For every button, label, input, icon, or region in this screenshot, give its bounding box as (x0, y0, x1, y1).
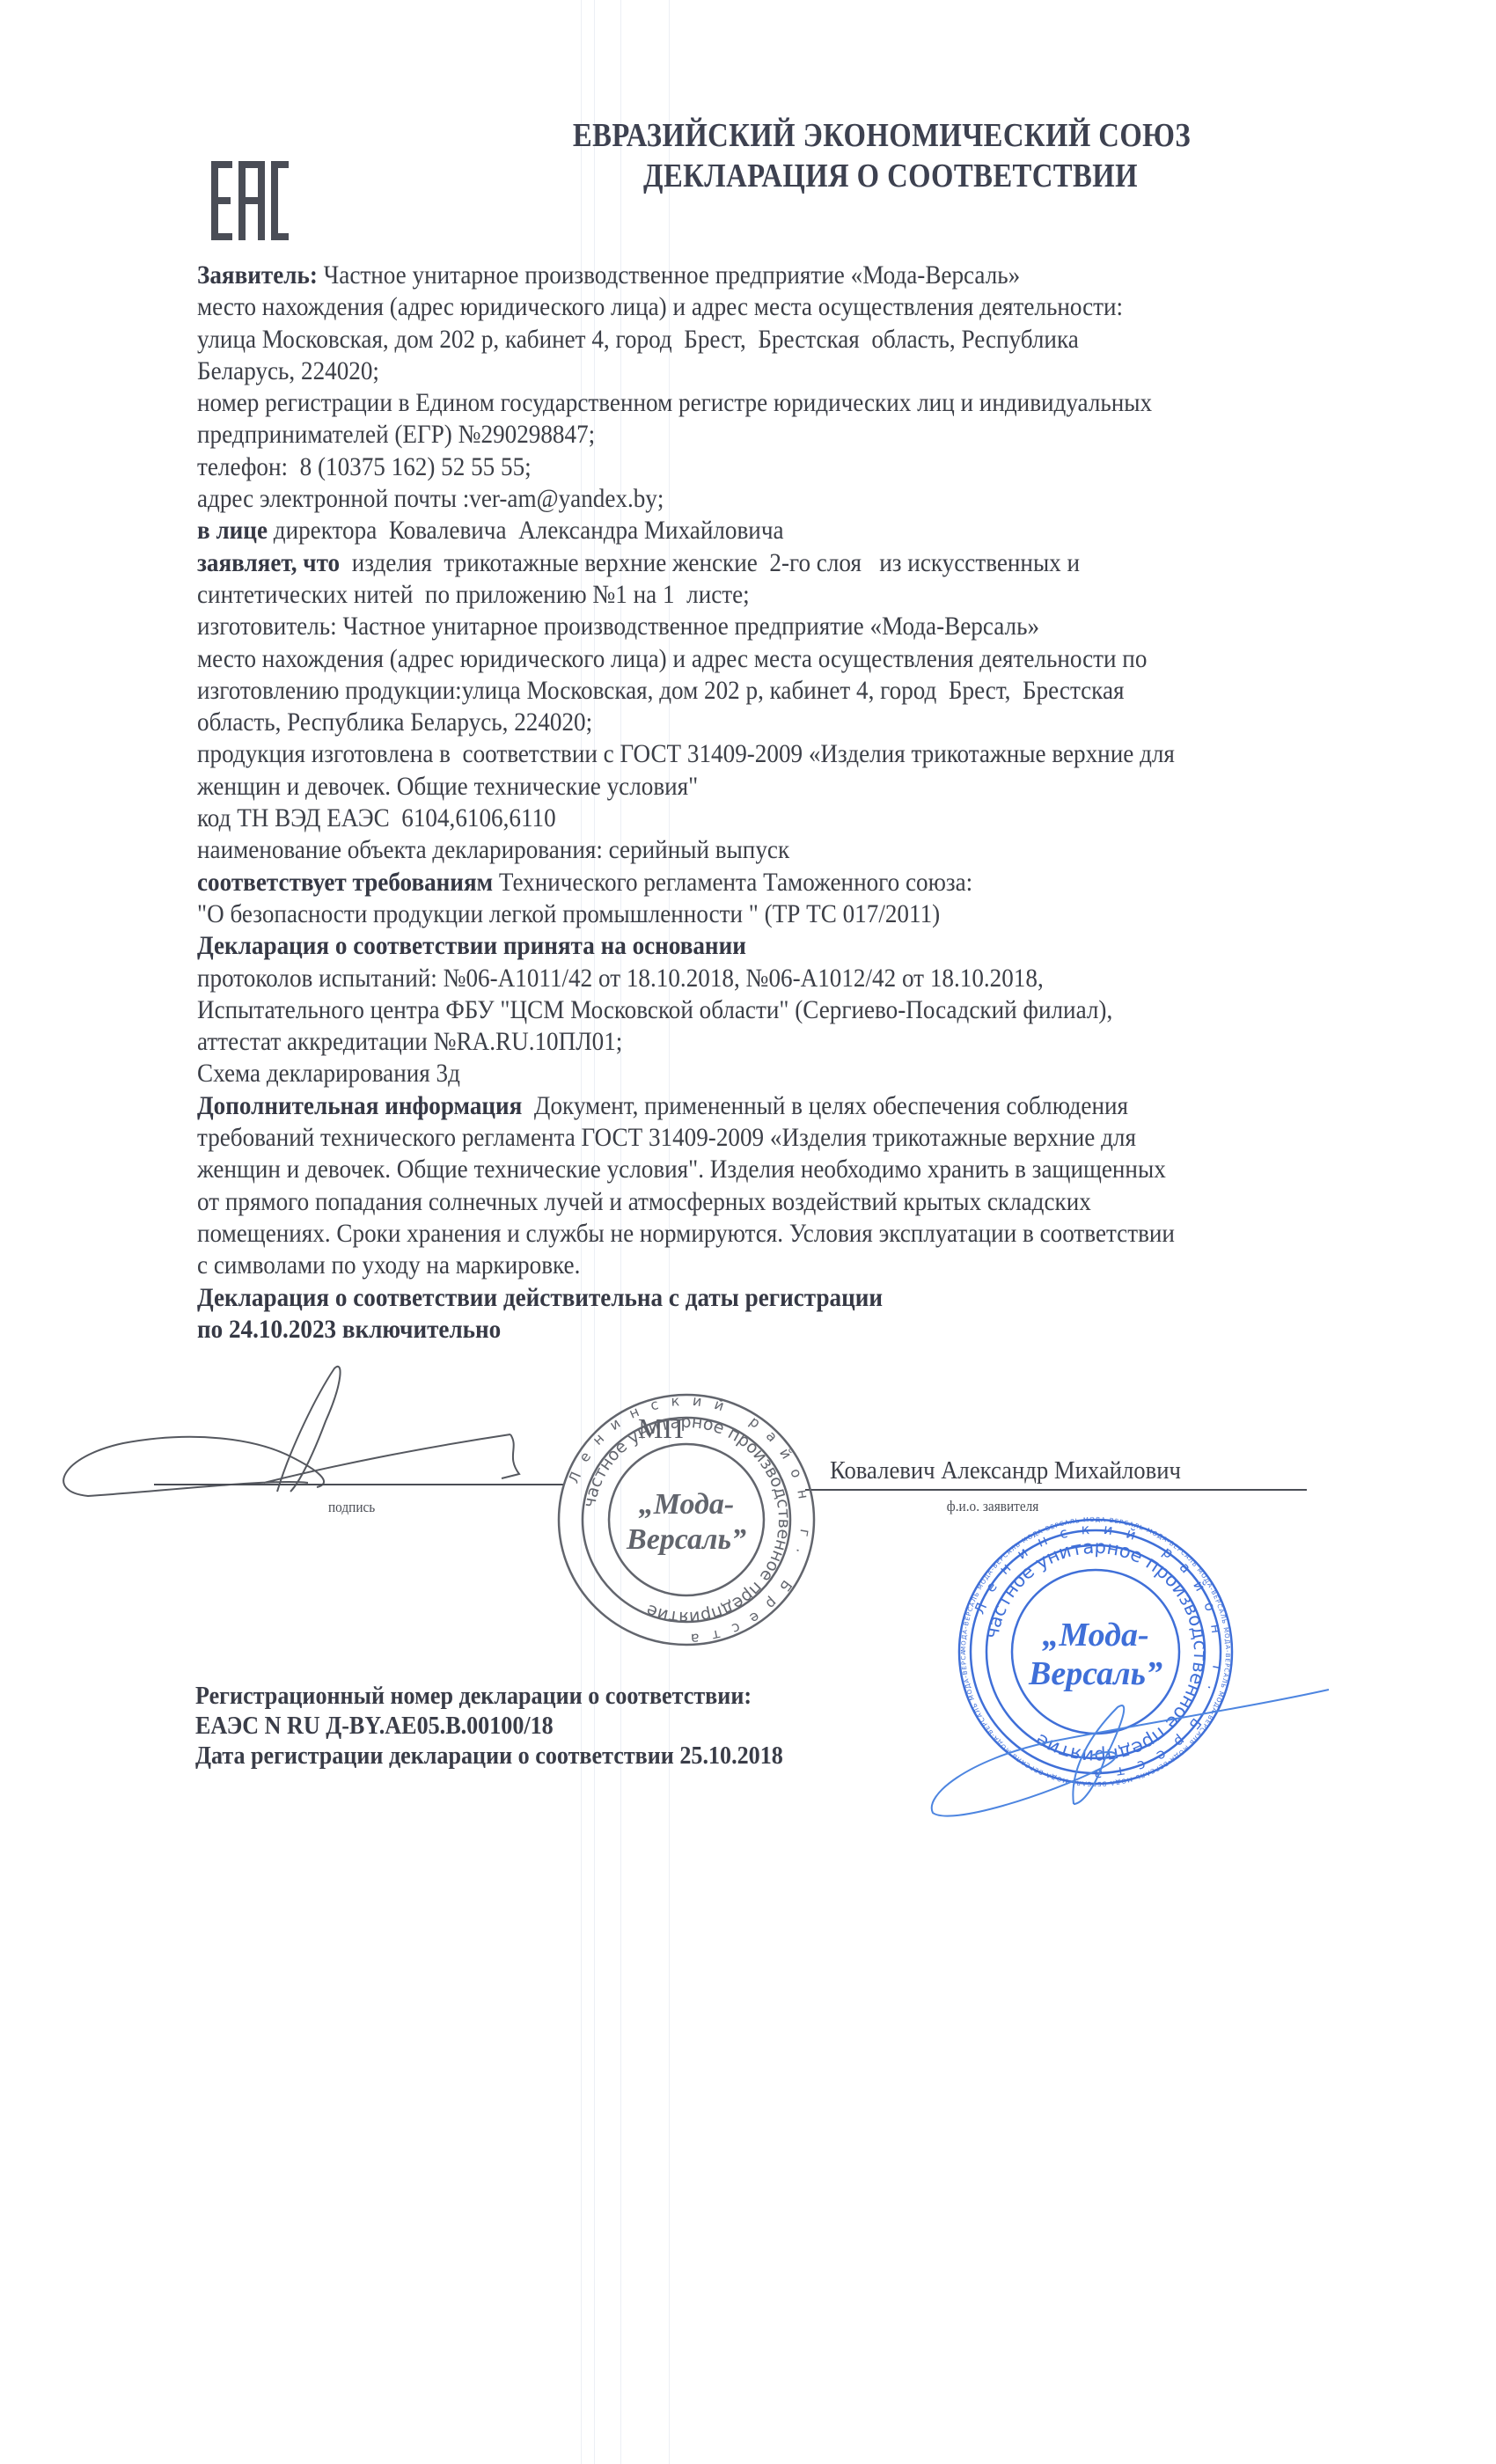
declaration-line-text: Технического регламента Таможенного союз… (493, 869, 972, 897)
declaration-line: по 24.10.2023 включительно (197, 1314, 1298, 1346)
declaration-line: Схема декларирования 3д (197, 1058, 1298, 1089)
declaration-line: изготовитель: Частное унитарное производ… (197, 611, 1298, 642)
declaration-line: "О безопасности продукции легкой промышл… (197, 898, 1298, 930)
declaration-line-text: наименование объекта декларирования: сер… (197, 836, 789, 864)
declaration-line-heading: заявляет, что (197, 549, 340, 577)
declaration-line: номер регистрации в Едином государственн… (197, 387, 1298, 419)
declaration-line: от прямого попадания солнечных лучей и а… (197, 1186, 1298, 1218)
declaration-line-text: место нахождения (адрес юридического лиц… (197, 293, 1123, 321)
declaration-line: Декларация о соответствии действительна … (197, 1282, 1298, 1314)
declaration-line-text: с символами по уходу на маркировке. (197, 1251, 580, 1280)
declaration-line-text: помещениях. Сроки хранения и службы не н… (197, 1220, 1175, 1248)
registration-date: Дата регистрации декларации о соответств… (195, 1741, 783, 1771)
declaration-line: в лице директора Ковалевича Александра М… (197, 515, 1298, 546)
declaration-line-heading: в лице (197, 517, 268, 545)
declaration-line: помещениях. Сроки хранения и службы не н… (197, 1218, 1298, 1250)
declaration-line: продукция изготовлена в соответствии с Г… (197, 738, 1298, 770)
declaration-line-heading: Заявитель: (197, 261, 318, 290)
signature-line (154, 1484, 563, 1485)
declaration-line-text: область, Республика Беларусь, 224020; (197, 708, 592, 737)
declaration-line-heading: Декларация о соответствии принята на осн… (197, 932, 746, 960)
declaration-line-text: изготовитель: Частное унитарное производ… (197, 612, 1039, 641)
declaration-line-text: требований технического регламента ГОСТ … (197, 1124, 1136, 1152)
declaration-line-heading: Дополнительная информация (197, 1092, 522, 1120)
declaration-line-text: женщин и девочек. Общие технические усло… (197, 1155, 1166, 1184)
declaration-line-text: Беларусь, 224020; (197, 357, 379, 385)
declaration-line-text: продукция изготовлена в соответствии с Г… (197, 740, 1175, 768)
declaration-line-text: место нахождения (адрес юридического лиц… (197, 645, 1147, 673)
declaration-line-text: аттестат аккредитации №RA.RU.10ПЛ01; (197, 1028, 622, 1056)
signature-scribble (53, 1360, 581, 1527)
company-stamp-gray: частное унитарное производственное предп… (554, 1390, 818, 1650)
svg-text:Версаль”: Версаль” (626, 1523, 746, 1556)
page-title-union: ЕВРАЗИЙСКИЙ ЭКОНОМИЧЕСКИЙ СОЮЗ (238, 116, 1496, 155)
declaration-line: заявляет, что изделия трикотажные верхни… (197, 547, 1298, 579)
applicant-name: Ковалевич Александр Михайлович (830, 1456, 1181, 1485)
declaration-line-heading: Декларация о соответствии действительна … (197, 1284, 883, 1312)
declaration-line-heading: соответствует требованиям (197, 869, 493, 897)
signature-caption: подпись (328, 1499, 375, 1516)
declaration-line-text: код ТН ВЭД ЕАЭС 6104,6106,6110 (197, 804, 556, 832)
declaration-line: телефон: 8 (10375 162) 52 55 55; (197, 451, 1298, 483)
declaration-line-text: синтетических нитей по приложению №1 на … (197, 581, 750, 609)
declaration-line: код ТН ВЭД ЕАЭС 6104,6106,6110 (197, 803, 1298, 834)
declaration-body: Заявитель: Частное унитарное производств… (197, 260, 1394, 1346)
declaration-line-text: директора Ковалевича Александра Михайлов… (268, 517, 784, 545)
applicant-name-line (805, 1489, 1307, 1491)
declaration-line-text: улица Московская, дом 202 р, кабинет 4, … (197, 326, 1079, 354)
declaration-line-text: предпринимателей (ЕГР) №290298847; (197, 421, 595, 449)
declaration-line-text: от прямого попадания солнечных лучей и а… (197, 1188, 1091, 1216)
declaration-line-heading: по 24.10.2023 включительно (197, 1316, 501, 1344)
declaration-line: Испытательного центра ФБУ "ЦСМ Московско… (197, 994, 1298, 1026)
declaration-line-text: женщин и девочек. Общие технические усло… (197, 773, 698, 801)
declaration-line: улица Московская, дом 202 р, кабинет 4, … (197, 324, 1298, 356)
declaration-line: с символами по уходу на маркировке. (197, 1250, 1298, 1281)
declaration-line: Дополнительная информация Документ, прим… (197, 1090, 1298, 1122)
declaration-line: адрес электронной почты :ver-am@yandex.b… (197, 483, 1298, 515)
declaration-line: требований технического регламента ГОСТ … (197, 1122, 1298, 1154)
applicant-caption: ф.и.о. заявителя (947, 1498, 1038, 1515)
declaration-line-text: Схема декларирования 3д (197, 1060, 460, 1088)
declaration-line: предпринимателей (ЕГР) №290298847; (197, 419, 1298, 451)
declaration-line: синтетических нитей по приложению №1 на … (197, 579, 1298, 611)
signature-scribble-blue (915, 1672, 1338, 1830)
declaration-line: женщин и девочек. Общие технические усло… (197, 1154, 1298, 1185)
declaration-line-text: протоколов испытаний: №06-А1011/42 от 18… (197, 964, 1044, 993)
declaration-line: место нахождения (адрес юридического лиц… (197, 291, 1298, 323)
declaration-line: Беларусь, 224020; (197, 356, 1298, 387)
page-title-declaration: ДЕКЛАРАЦИЯ О СООТВЕТСТВИИ (247, 157, 1496, 195)
declaration-line-text: изготовлению продукции:улица Московская,… (197, 677, 1125, 705)
declaration-line-text: "О безопасности продукции легкой промышл… (197, 900, 940, 928)
declaration-line-text: Частное унитарное производственное предп… (318, 261, 1020, 290)
declaration-line-text: изделия трикотажные верхние женские 2-го… (340, 549, 1080, 577)
declaration-line-text: адрес электронной почты :ver-am@yandex.b… (197, 485, 664, 513)
registration-number-value: ЕАЭС N RU Д-BY.AE05.B.00100/18 (195, 1711, 783, 1741)
declaration-line: область, Республика Беларусь, 224020; (197, 707, 1298, 738)
registration-number-label: Регистрационный номер декларации о соотв… (195, 1681, 783, 1711)
declaration-line: наименование объекта декларирования: сер… (197, 834, 1298, 866)
declaration-line-text: Документ, примененный в целях обеспечени… (522, 1092, 1128, 1120)
declaration-line: место нахождения (адрес юридического лиц… (197, 643, 1298, 675)
declaration-line: Декларация о соответствии принята на осн… (197, 930, 1298, 962)
declaration-line-text: телефон: 8 (10375 162) 52 55 55; (197, 453, 532, 481)
declaration-line: Заявитель: Частное унитарное производств… (197, 260, 1298, 291)
declaration-line: соответствует требованиям Технического р… (197, 867, 1298, 898)
declaration-line-text: номер регистрации в Едином государственн… (197, 389, 1152, 417)
declaration-line-text: Испытательного центра ФБУ "ЦСМ Московско… (197, 996, 1112, 1024)
declaration-line: протоколов испытаний: №06-А1011/42 от 18… (197, 963, 1298, 994)
declaration-line: изготовлению продукции:улица Московская,… (197, 675, 1298, 707)
registration-block: Регистрационный номер декларации о соотв… (195, 1681, 783, 1771)
declaration-line: женщин и девочек. Общие технические усло… (197, 771, 1298, 803)
svg-text:„Мода-: „Мода- (1042, 1617, 1148, 1654)
declaration-line: аттестат аккредитации №RA.RU.10ПЛ01; (197, 1026, 1298, 1058)
svg-text:„Мода-: „Мода- (639, 1488, 735, 1521)
